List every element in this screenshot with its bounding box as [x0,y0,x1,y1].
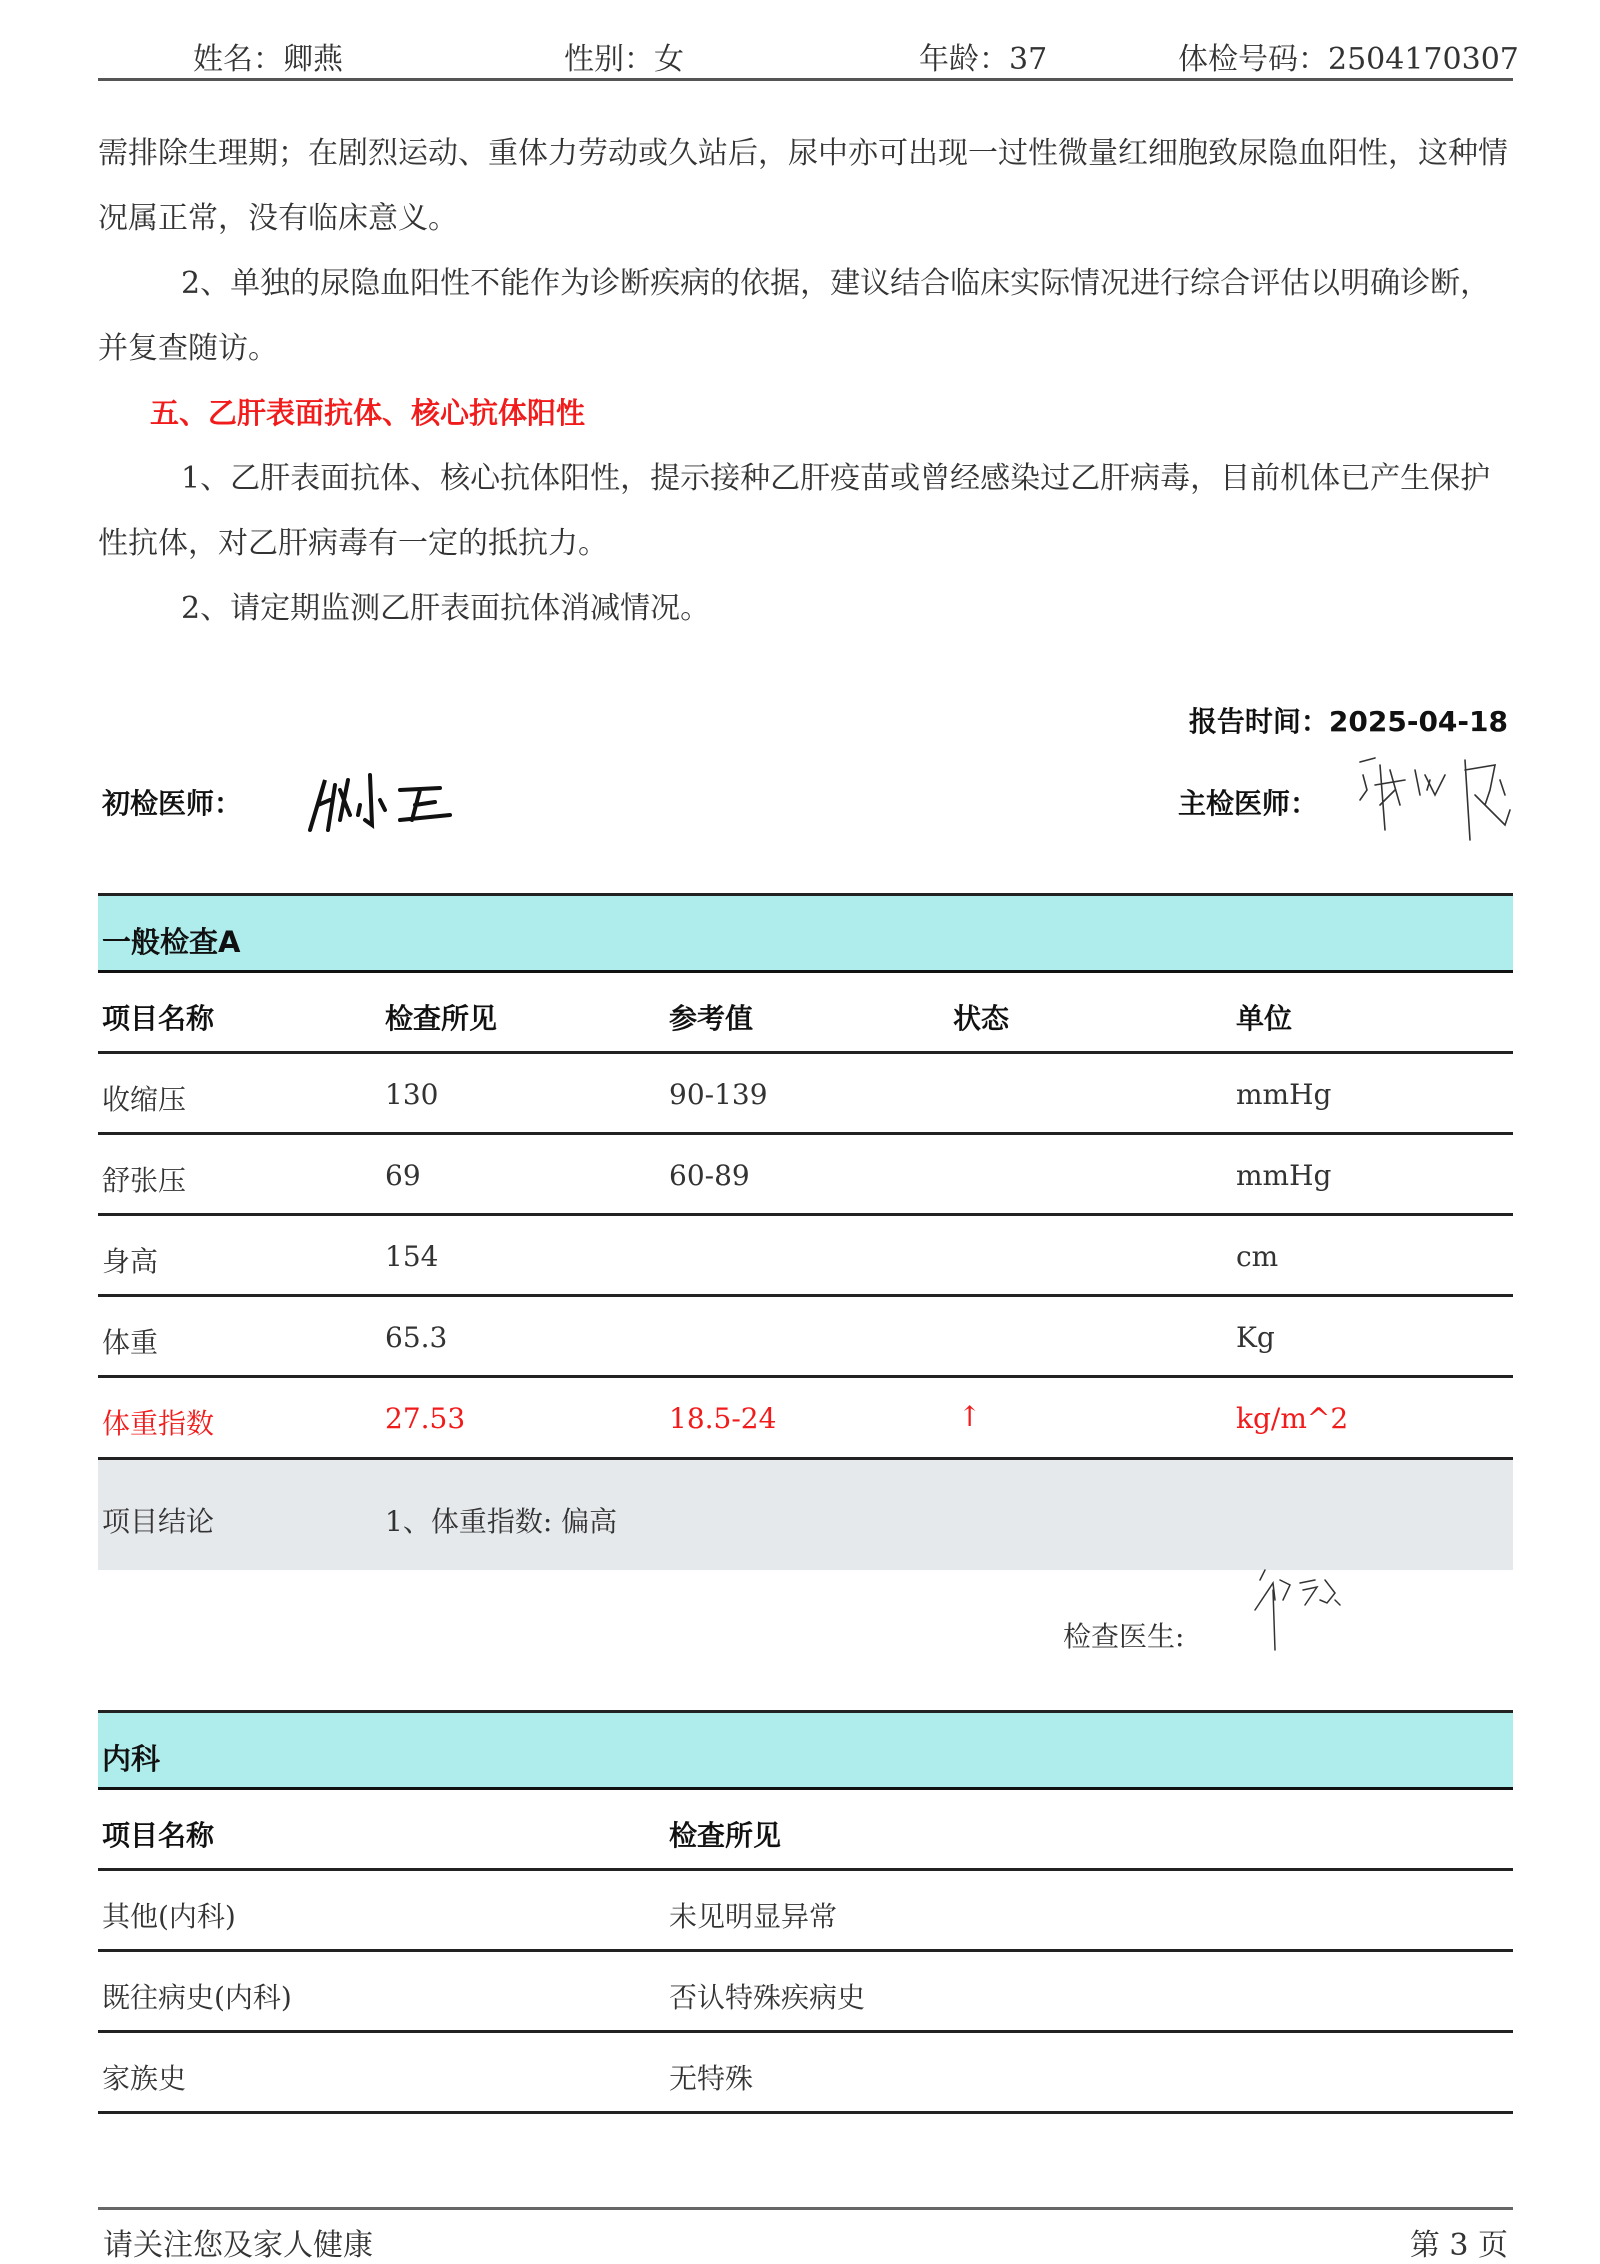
row-result: 154 [385,1240,438,1273]
column-header-result: 检查所见 [669,1814,781,1854]
report-body: 需排除生理期；在剧烈运动、重体力劳动或久站后，尿中亦可出现一过性微量红细胞致尿隐… [98,121,1518,641]
conclusion-label: 项目结论 [102,1500,214,1540]
general-exam-column-headers: 项目名称 检查所见 参考值 状态 单位 [98,973,1513,1054]
row-unit: Kg [1236,1321,1275,1354]
row-item-name: 身高 [102,1240,158,1280]
row-item-name: 既往病史(内科) [102,1976,292,2016]
row-result: 否认特殊疾病史 [669,1976,865,2016]
chief-doctor-label: 主检医师： [1178,782,1318,822]
up-arrow-icon: ↑ [958,1400,981,1433]
row-result: 130 [385,1078,438,1111]
row-reference: 90-139 [669,1078,768,1111]
column-header-item: 项目名称 [102,997,214,1037]
row-unit: mmHg [1236,1078,1331,1111]
initial-doctor-label: 初检医师： [102,782,242,822]
row-item-name: 收缩压 [102,1078,186,1118]
internal-medicine-title: 内科 [102,1737,160,1778]
section-5-title: 五、乙肝表面抗体、核心抗体阳性 [98,381,1518,446]
general-exam-table: 一般检查A 项目名称 检查所见 参考值 状态 单位 收缩压 130 90-139… [98,893,1513,1570]
row-item-name: 体重 [102,1321,158,1361]
internal-medicine-column-headers: 项目名称 检查所见 [98,1790,1513,1871]
table-row: 身高 154 cm [98,1216,1513,1297]
footer-slogan: 请关注您及家人健康 [103,2220,373,2264]
column-header-status: 状态 [953,997,1009,1037]
footer-divider [98,2207,1513,2210]
header-divider [98,78,1513,81]
row-result: 未见明显异常 [669,1895,837,1935]
row-result: 65.3 [385,1321,447,1354]
row-result: 27.53 [385,1402,465,1435]
section-5-point-1: 1、乙肝表面抗体、核心抗体阳性，提示接种乙肝疫苗或曾经感染过乙肝病毒，目前机体已… [98,446,1518,576]
table-row: 收缩压 130 90-139 mmHg [98,1054,1513,1135]
internal-medicine-header-band: 内科 [98,1710,1513,1790]
row-reference: 60-89 [669,1159,750,1192]
column-header-unit: 单位 [1236,997,1292,1037]
exam-number: 体检号码：2504170307 [1178,34,1519,78]
chief-doctor-signature [1355,750,1555,850]
examining-doctor-label: 检查医生: [1063,1615,1184,1655]
patient-name: 姓名：卿燕 [193,34,343,78]
initial-doctor-signature [300,760,460,840]
conclusion-text: 1、体重指数: 偏高 [385,1500,617,1540]
general-exam-header-band: 一般检查A [98,893,1513,973]
row-item-name: 家族史 [102,2057,186,2097]
row-result: 69 [385,1159,421,1192]
table-row: 既往病史(内科) 否认特殊疾病史 [98,1952,1513,2033]
conclusion-row: 项目结论 1、体重指数: 偏高 [98,1460,1513,1570]
column-header-reference: 参考值 [669,997,753,1037]
paragraph-continued: 需排除生理期；在剧烈运动、重体力劳动或久站后，尿中亦可出现一过性微量红细胞致尿隐… [98,121,1518,251]
row-reference: 18.5-24 [669,1402,776,1435]
column-header-result: 检查所见 [385,997,497,1037]
patient-gender: 性别：女 [564,34,684,78]
row-item-name: 体重指数 [102,1402,214,1442]
patient-age: 年龄：37 [919,34,1047,78]
row-item-name: 其他(内科) [102,1895,236,1935]
examining-doctor-signature [1245,1565,1365,1655]
section-5-point-2: 2、请定期监测乙肝表面抗体消减情况。 [98,576,1518,641]
table-row-abnormal: 体重指数 27.53 18.5-24 ↑ kg/m^2 [98,1378,1513,1460]
internal-medicine-table: 内科 项目名称 检查所见 其他(内科) 未见明显异常 既往病史(内科) 否认特殊… [98,1710,1513,2114]
row-result: 无特殊 [669,2057,753,2097]
report-time: 报告时间：2025-04-18 [1189,700,1508,740]
table-row: 其他(内科) 未见明显异常 [98,1871,1513,1952]
general-exam-title: 一般检查A [102,920,240,961]
row-unit: kg/m^2 [1236,1402,1348,1435]
row-item-name: 舒张压 [102,1159,186,1199]
paragraph-2: 2、单独的尿隐血阳性不能作为诊断疾病的依据，建议结合临床实际情况进行综合评估以明… [98,251,1518,381]
table-row: 家族史 无特殊 [98,2033,1513,2114]
row-unit: mmHg [1236,1159,1331,1192]
page-number: 第 3 页 [1410,2220,1508,2264]
row-unit: cm [1236,1240,1278,1273]
column-header-item: 项目名称 [102,1814,214,1854]
table-row: 体重 65.3 Kg [98,1297,1513,1378]
table-row: 舒张压 69 60-89 mmHg [98,1135,1513,1216]
